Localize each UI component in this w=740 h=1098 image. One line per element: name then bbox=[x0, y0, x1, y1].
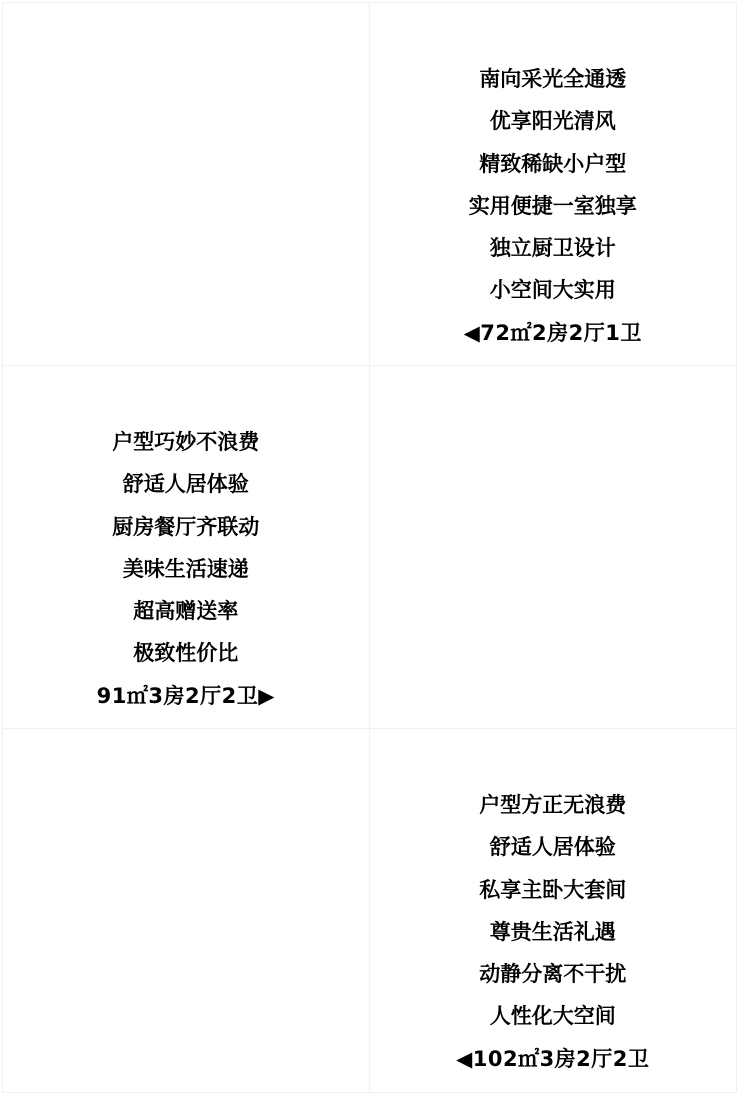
unit-102-feature-line: 私享主卧大套间 bbox=[370, 869, 737, 911]
unit-72-feature-line: 独立厨卫设计 bbox=[370, 227, 737, 269]
unit-91-feature-line: 厨房餐厅齐联动 bbox=[3, 506, 369, 548]
floorplan-image-cell-72 bbox=[3, 3, 370, 366]
unit-72-feature-line: 小空间大实用 bbox=[370, 269, 737, 311]
unit-102-feature-line: 尊贵生活礼遇 bbox=[370, 911, 737, 953]
unit-102-feature-line: 舒适人居体验 bbox=[370, 826, 737, 868]
unit-102-feature-line: 动静分离不干扰 bbox=[370, 953, 737, 995]
unit-91-caption: 91㎡3房2厅2卫▶ bbox=[3, 675, 369, 717]
unit-91-feature-line: 美味生活速递 bbox=[3, 548, 369, 590]
unit-91-feature-block: 户型巧妙不浪费 舒适人居体验 厨房餐厅齐联动 美味生活速递 超高赠送率 极致性价… bbox=[3, 366, 370, 729]
unit-91-feature-line: 超高赠送率 bbox=[3, 590, 369, 632]
unit-72-feature-line: 实用便捷一室独享 bbox=[370, 185, 737, 227]
floorplan-brochure-grid: 南向采光全通透 优享阳光清风 精致稀缺小户型 实用便捷一室独享 独立厨卫设计 小… bbox=[2, 2, 737, 1093]
unit-72-caption: ◀72㎡2房2厅1卫 bbox=[370, 312, 737, 354]
unit-91-feature-line: 户型巧妙不浪费 bbox=[3, 421, 369, 463]
unit-72-feature-line: 南向采光全通透 bbox=[370, 58, 737, 100]
floorplan-image-cell-102 bbox=[3, 729, 370, 1092]
unit-102-feature-line: 户型方正无浪费 bbox=[370, 784, 737, 826]
unit-102-caption: ◀102㎡3房2厅2卫 bbox=[370, 1038, 737, 1080]
unit-91-feature-line: 极致性价比 bbox=[3, 632, 369, 674]
floorplan-image-cell-91 bbox=[370, 366, 737, 729]
unit-72-feature-block: 南向采光全通透 优享阳光清风 精致稀缺小户型 实用便捷一室独享 独立厨卫设计 小… bbox=[370, 3, 737, 366]
unit-102-feature-line: 人性化大空间 bbox=[370, 995, 737, 1037]
unit-72-feature-line: 优享阳光清风 bbox=[370, 100, 737, 142]
unit-102-feature-block: 户型方正无浪费 舒适人居体验 私享主卧大套间 尊贵生活礼遇 动静分离不干扰 人性… bbox=[370, 729, 737, 1092]
unit-91-feature-line: 舒适人居体验 bbox=[3, 463, 369, 505]
unit-72-feature-line: 精致稀缺小户型 bbox=[370, 143, 737, 185]
